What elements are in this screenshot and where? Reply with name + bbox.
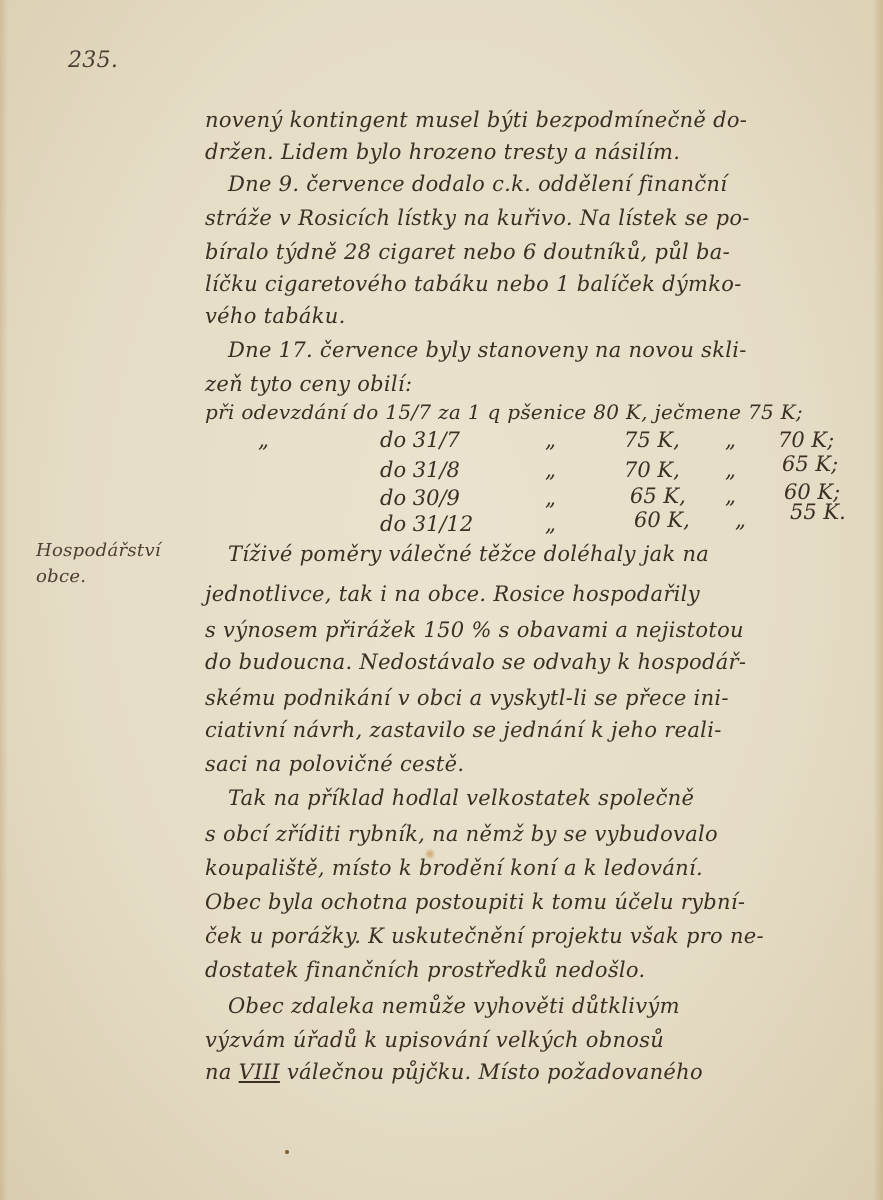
ditto-mark: „ [545,428,556,452]
paper-speck [285,1150,289,1154]
text-line: koupaliště, místo k brodění koní a k led… [205,856,703,880]
text-line: s obcí zříditi rybník, na němž by se vyb… [205,822,718,846]
text-line: jednotlivce, tak i na obce. Rosice hospo… [205,582,700,606]
text-line: saci na polovičné cestě. [205,752,464,776]
text-line: bíralo týdně 28 cigaret nebo 6 doutníků,… [205,240,730,264]
text-line: Tíživé poměry válečné těžce doléhaly jak… [228,542,709,566]
wheat-price: 75 K, [624,428,680,452]
margin-note-title: obce. [36,566,86,587]
ditto-mark: „ [735,508,746,532]
barley-price: 55 K. [790,500,846,524]
barley-price: 65 K; [782,452,838,476]
text-line: skému podnikání v obci a vyskytl-li se p… [205,686,729,710]
margin-note-title: Hospodářství [36,540,161,561]
text-line: s výnosem přirážek 150 % s obavami a nej… [205,618,744,642]
ditto-mark: „ [545,458,556,482]
deadline: do 31/12 [380,512,473,536]
text-fragment: na [205,1060,232,1084]
ditto-mark: „ [258,428,269,452]
ditto-mark: „ [725,484,736,508]
wheat-price: 70 K, [624,458,680,482]
text-line: Obec byla ochotna postoupiti k tomu účel… [205,890,745,914]
page-edge-right [873,0,883,1200]
roman-numeral: VIII [239,1060,280,1084]
text-line: ciativní návrh, zastavilo se jednání k j… [205,718,722,742]
deadline: do 30/9 [380,486,460,510]
wheat-price: 60 K, [634,508,690,532]
text-line: Dne 17. července byly stanoveny na novou… [228,338,747,362]
ditto-mark: „ [545,486,556,510]
page-number: 235. [68,48,118,73]
text-line: Dne 9. července dodalo c.k. oddělení fin… [228,172,727,196]
wheat-price: 65 K, [630,484,686,508]
text-line: do budoucna. Nedostávalo se odvahy k hos… [205,650,746,674]
text-line: vého tabáku. [205,304,346,328]
text-line: na VIII válečnou půjčku. Místo požadovan… [205,1060,703,1084]
text-line: při odevzdání do 15/7 za 1 q pšenice 80 … [205,400,803,424]
text-line: zeň tyto ceny obilí: [205,372,412,396]
chronicle-page: 235. novený kontingent musel býti bezpod… [0,0,883,1200]
ditto-mark: „ [725,428,736,452]
text-line: Tak na příklad hodlal velkostatek společ… [228,786,694,810]
text-line: výzvám úřadů k upisování velkých obnosů [205,1028,664,1052]
ditto-mark: „ [725,458,736,482]
text-line: líčku cigaretového tabáku nebo 1 balíček… [205,272,742,296]
text-line: stráže v Rosicích lístky na kuřivo. Na l… [205,206,750,230]
deadline: do 31/8 [380,458,460,482]
deadline: do 31/7 [380,428,460,452]
text-line: novený kontingent musel býti bezpodmíneč… [205,108,747,132]
page-edge-left [0,0,8,1200]
text-line: ček u porážky. K uskutečnění projektu vš… [205,924,764,948]
text-line: Obec zdaleka nemůže vyhověti důtklivým [228,994,680,1018]
text-line: dostatek finančních prostředků nedošlo. [205,958,645,982]
barley-price: 70 K; [778,428,834,452]
ditto-mark: „ [545,512,556,536]
text-line: držen. Lidem bylo hrozeno tresty a násil… [205,140,680,164]
text-fragment: válečnou půjčku. Místo požadovaného [287,1060,703,1084]
